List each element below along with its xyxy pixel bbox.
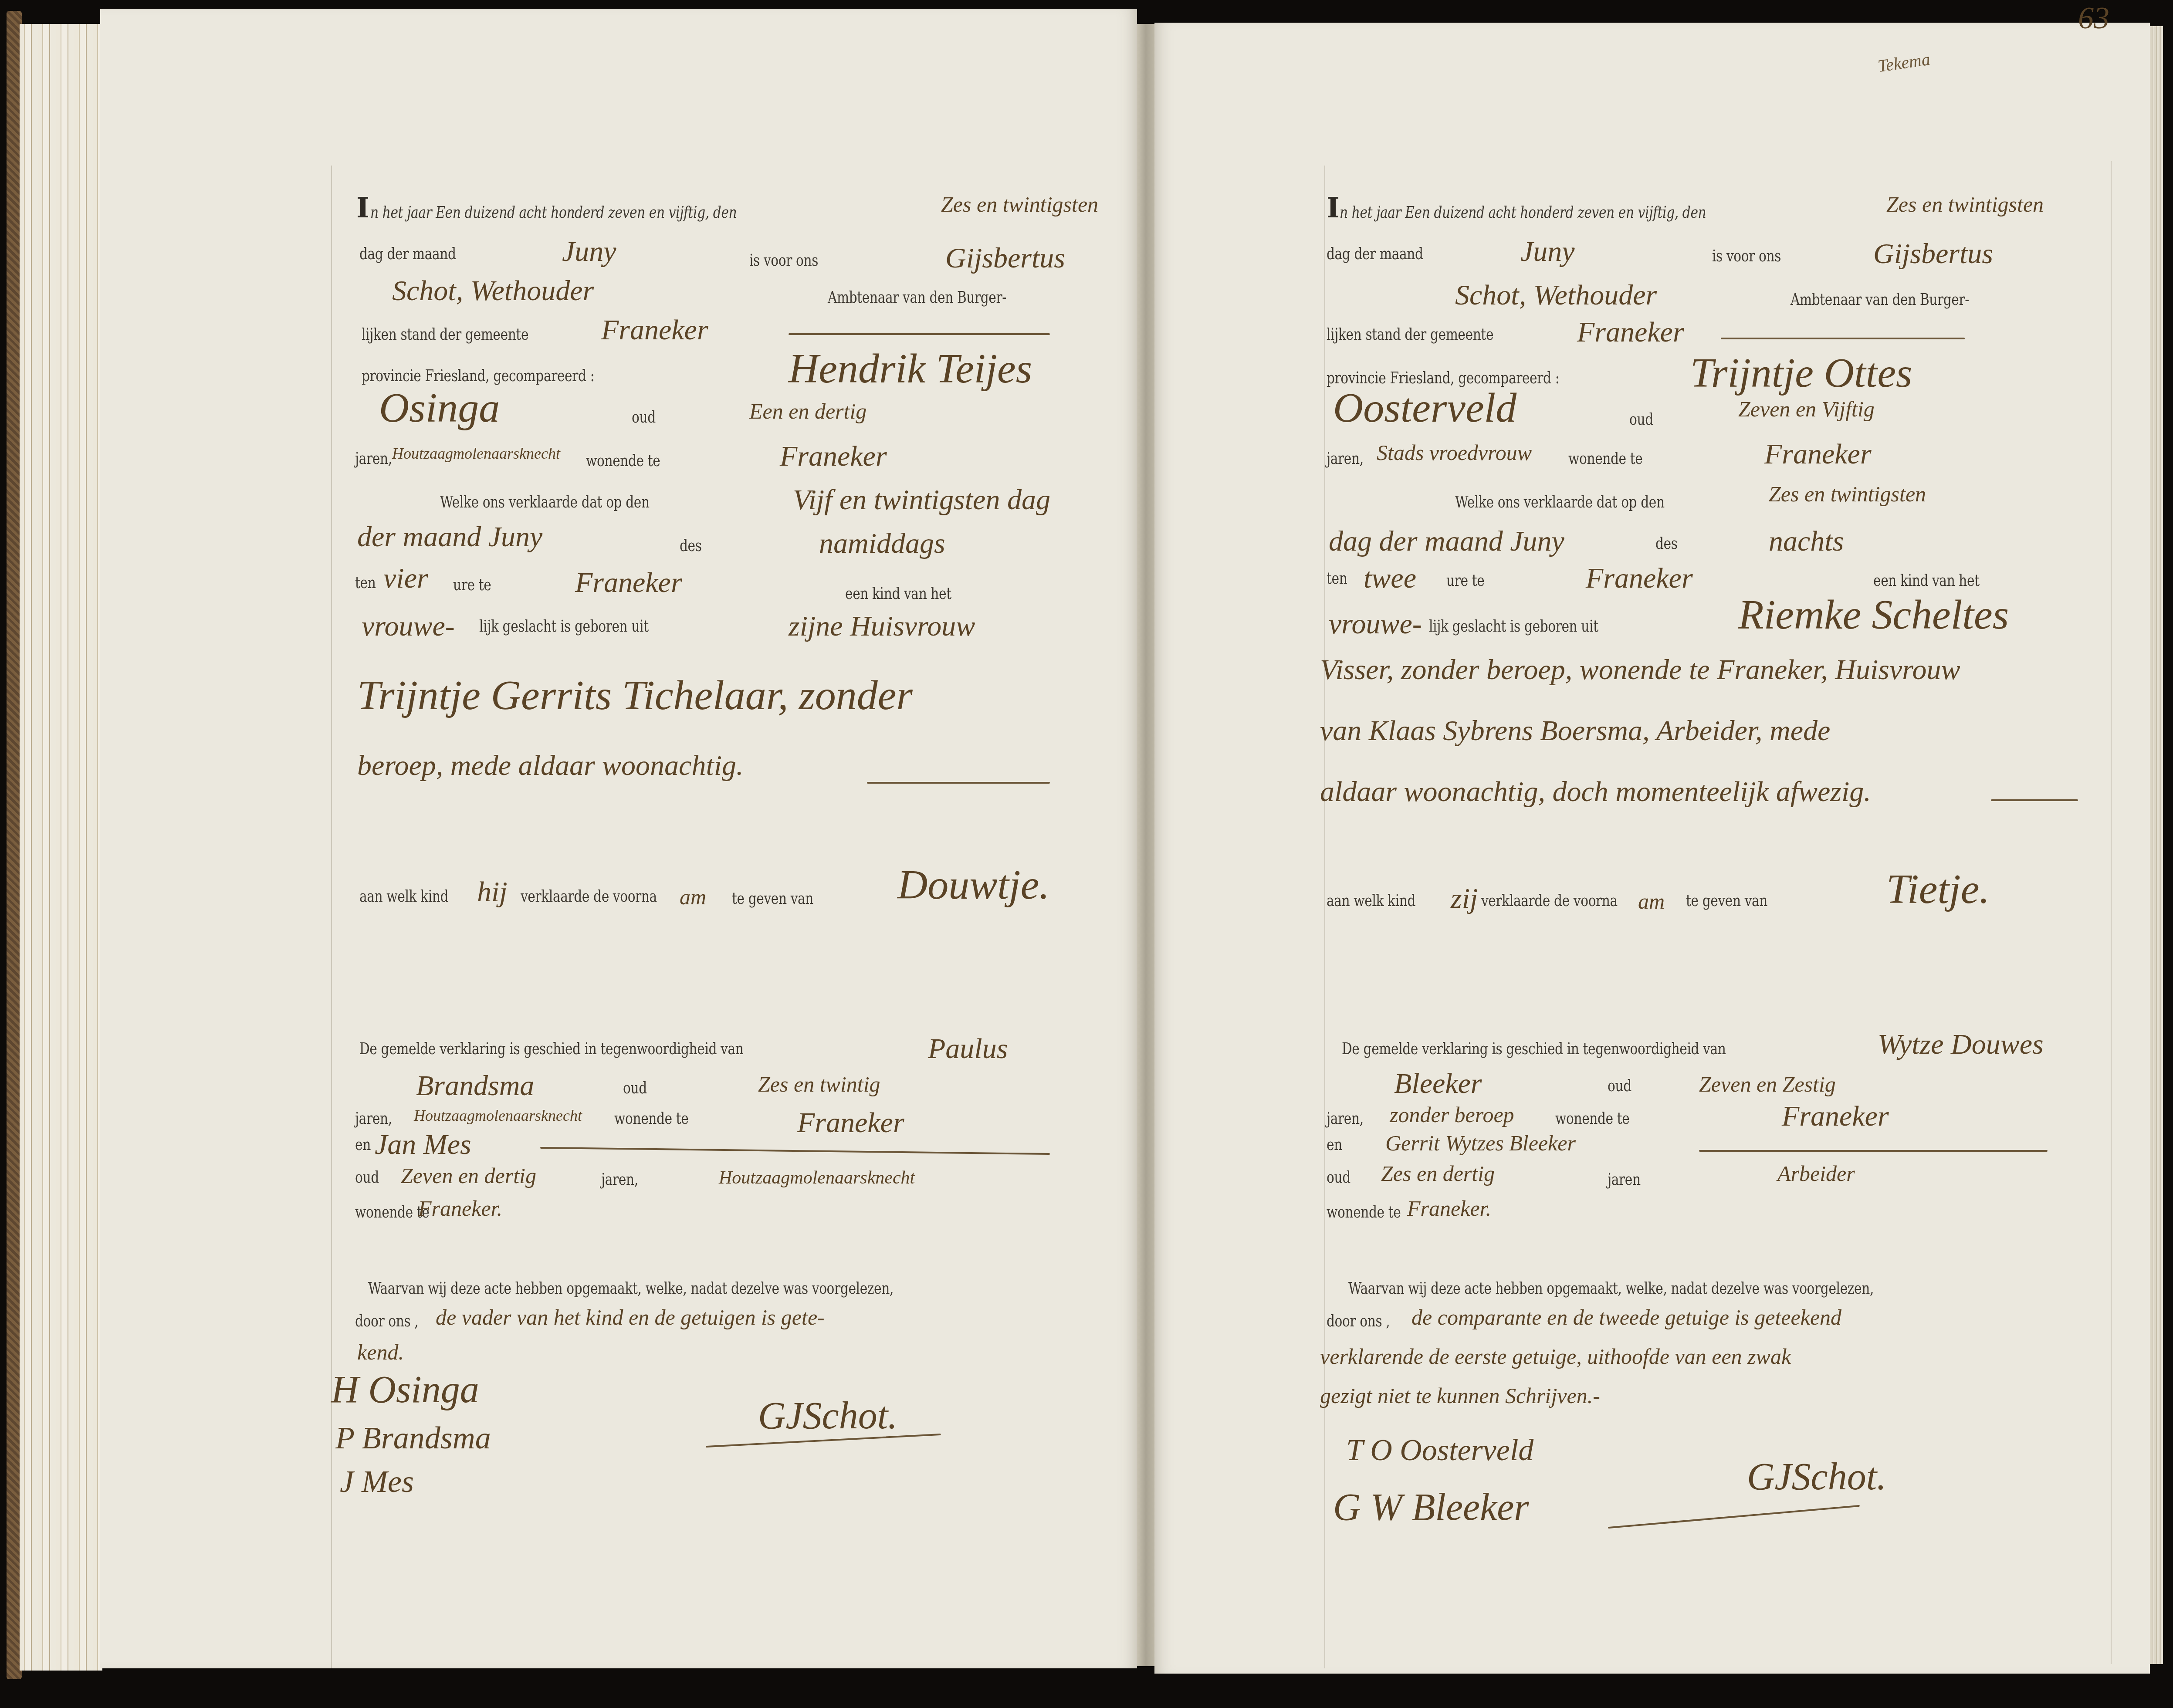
right-margin-rule: [1324, 166, 1325, 1668]
printed-text: te geven van: [732, 889, 813, 908]
handwritten-occupation: Stads vroedvrouw: [1377, 440, 1532, 465]
printed-text: door ons ,: [355, 1311, 418, 1330]
handwritten-occupation: zonder beroep: [1390, 1102, 1514, 1127]
handwritten-age: Zes en dertig: [1381, 1161, 1495, 1186]
printed-text: Waarvan wij deze acte hebben opgemaakt, …: [1348, 1278, 1874, 1298]
handwritten-gender: vrouwe-: [362, 610, 455, 643]
printed-text: verklaarde de voorna: [1481, 891, 1618, 910]
signature-witness-1: P Brandsma: [335, 1420, 491, 1456]
printed-text: een kind van het: [1873, 571, 1980, 590]
handwritten-closing: kend.: [357, 1339, 404, 1365]
printed-text: n het jaar Een duizend acht honderd zeve…: [1340, 203, 1706, 222]
handwritten-suffix: am: [1638, 889, 1665, 914]
handwritten-child-name: Douwtje.: [897, 860, 1049, 909]
handwritten-witness: Jan Mes: [375, 1128, 471, 1161]
handwritten-closing: de vader van het kind en de getuigen is …: [436, 1305, 825, 1330]
handwritten-husband: van Klaas Sybrens Boersma, Arbeider, med…: [1320, 714, 1830, 747]
book-gutter: [1137, 24, 1154, 1666]
handwritten-age: Zeven en Vijftig: [1738, 396, 1875, 422]
handwritten-age: Een en dertig: [749, 399, 866, 424]
printed-text: oud: [1327, 1167, 1351, 1187]
handwritten-place: Franeker.: [418, 1196, 502, 1221]
printed-text: wonende te: [1555, 1109, 1629, 1128]
ink-filler-line: [1699, 1150, 2048, 1152]
printed-text: een kind van het: [845, 584, 951, 603]
printed-text: jaren,: [355, 1109, 392, 1128]
handwritten-name: Schot, Wethouder: [1455, 279, 1657, 312]
handwritten-mother-details: Visser, zonder beroep, wonende te Franek…: [1320, 653, 1960, 687]
printed-text: oud: [623, 1078, 647, 1097]
handwritten-date: Zes en twintigsten: [1886, 192, 2044, 217]
handwritten-name: Gijsbertus: [945, 242, 1065, 275]
handwritten-witness: Gerrit Wytzes Bleeker: [1385, 1130, 1576, 1156]
signature-official: GJSchot.: [1747, 1455, 1886, 1499]
handwritten-occupation: Houtzaagmolenaarsknecht: [392, 444, 560, 463]
handwritten-month: Juny: [1520, 235, 1575, 268]
handwritten-witness: Bleeker: [1394, 1067, 1482, 1100]
handwritten-residence: aldaar woonachtig, doch momenteelijk afw…: [1320, 775, 1871, 808]
printed-text: jaren: [1608, 1170, 1641, 1189]
handwritten-place: Franeker: [575, 566, 682, 599]
handwritten-pronoun: hij: [477, 876, 508, 909]
handwritten-witness: Brandsma: [416, 1069, 534, 1103]
printed-text: ten: [355, 573, 376, 592]
handwritten-age: Zeven en dertig: [401, 1163, 536, 1188]
signature-witness-2: G W Bleeker: [1333, 1485, 1529, 1529]
handwritten-gender: vrouwe-: [1329, 608, 1422, 641]
printed-text: aan welk kind: [1327, 891, 1415, 910]
printed-text: Ambtenaar van den Burger-: [828, 287, 1006, 307]
printed-text: is voor ons: [749, 250, 818, 270]
handwritten-mother-name: Riemke Scheltes: [1738, 590, 2009, 639]
printed-text: oud: [1608, 1076, 1631, 1095]
printed-text: jaren,: [355, 449, 392, 468]
printed-text: wonende te: [614, 1109, 688, 1128]
handwritten-surname: Osinga: [379, 383, 500, 432]
handwritten-occupation: Houtzaagmolenaarsknecht: [414, 1106, 582, 1125]
handwritten-child-name: Tietje.: [1886, 865, 1990, 913]
printed-text: dag der maand: [1327, 244, 1423, 263]
handwritten-closing: gezigt niet te kunnen Schrijven.-: [1320, 1383, 1600, 1408]
printed-text: dag der maand: [359, 244, 456, 263]
printed-text: lijken stand der gemeente: [1327, 325, 1493, 344]
handwritten-place: Franeker: [797, 1106, 904, 1140]
printed-text: is voor ons: [1712, 246, 1781, 265]
printed-text: jaren,: [601, 1170, 638, 1189]
handwritten-date: Vijf en twintigsten dag: [793, 484, 1050, 517]
handwritten-date: Zes en twintigsten: [941, 192, 1098, 217]
printed-text: oud: [632, 407, 656, 426]
handwritten-closing: verklarende de eerste getuige, uithoofde…: [1320, 1344, 1791, 1369]
printed-text: te geven van: [1686, 891, 1767, 910]
signature-declarant: T O Oosterveld: [1346, 1433, 1533, 1468]
handwritten-pronoun: zij: [1451, 882, 1478, 915]
handwritten-age: Zeven en Zestig: [1699, 1072, 1836, 1097]
handwritten-place: Franeker: [1782, 1100, 1889, 1133]
handwritten-month: der maand Juny: [357, 521, 542, 554]
right-page: [1154, 23, 2150, 1674]
handwritten-name: Hendrik Teijes: [789, 344, 1032, 392]
printed-text: des: [1655, 534, 1678, 553]
printed-text: verklaarde de voorna: [521, 886, 657, 906]
handwritten-name: Gijsbertus: [1873, 237, 1993, 271]
signature-father: H Osinga: [331, 1368, 479, 1412]
printed-text: des: [680, 536, 702, 555]
printed-text: door ons ,: [1327, 1311, 1390, 1330]
ink-filler-line: [1721, 338, 1965, 339]
handwritten-name: Schot, Wethouder: [392, 274, 594, 308]
signature-witness-2: J Mes: [340, 1464, 414, 1500]
handwritten-place: Franeker.: [1407, 1196, 1491, 1221]
handwritten-witness: Wytze Douwes: [1878, 1028, 2044, 1061]
printed-text: wonende te: [1568, 449, 1642, 468]
printed-text: jaren,: [1327, 1109, 1364, 1128]
handwritten-occupation: Houtzaagmolenaarsknecht: [719, 1167, 915, 1188]
handwritten-age: Zes en twintig: [758, 1072, 880, 1097]
ink-filler-line: [789, 333, 1050, 335]
ink-filler-line: [867, 782, 1050, 784]
handwritten-suffix: am: [680, 884, 706, 910]
handwritten-witness: Paulus: [928, 1032, 1008, 1065]
printed-text: jaren,: [1327, 449, 1364, 468]
handwritten-month: Juny: [562, 235, 616, 268]
left-margin-rule: [331, 166, 332, 1668]
drop-initial: I: [1327, 192, 1340, 224]
handwritten-time-of-day: namiddags: [819, 527, 945, 560]
printed-text: oud: [1629, 409, 1653, 429]
handwritten-relation: zijne Huisvrouw: [789, 610, 975, 643]
handwritten-month: dag der maand Juny: [1329, 525, 1564, 558]
handwritten-surname: Oosterveld: [1333, 383, 1516, 432]
handwritten-date: Zes en twintigsten: [1769, 481, 1926, 507]
handwritten-occupation: Arbeider: [1777, 1161, 1855, 1186]
printed-text: Waarvan wij deze acte hebben opgemaakt, …: [368, 1278, 894, 1298]
right-outer-rule: [2111, 161, 2112, 1664]
printed-text: ure te: [1446, 571, 1484, 590]
handwritten-place: Franeker: [1764, 438, 1872, 471]
handwritten-time-of-day: nachts: [1769, 525, 1844, 558]
printed-text: De gemelde verklaring is geschied in teg…: [359, 1039, 743, 1058]
handwritten-place: Franeker: [780, 440, 887, 473]
printed-text: Welke ons verklaarde dat op den: [440, 492, 650, 511]
printed-text: n het jaar Een duizend acht honderd zeve…: [370, 203, 737, 222]
handwritten-name: Trijntje Ottes: [1690, 348, 1912, 397]
printed-text: lijken stand der gemeente: [362, 325, 528, 344]
printed-text: en: [1327, 1135, 1342, 1154]
right-page-stack-edge: [2150, 26, 2163, 1664]
printed-text: De gemelde verklaring is geschied in teg…: [1342, 1039, 1726, 1058]
printed-text: lijk geslacht is geboren uit: [1429, 616, 1598, 636]
handwritten-place: Franeker: [1577, 316, 1684, 349]
page-number: 63: [2078, 0, 2109, 36]
printed-text: aan welk kind: [359, 886, 448, 906]
handwritten-hour: twee: [1364, 562, 1416, 595]
handwritten-place: Franeker: [601, 314, 708, 347]
printed-text: wonende te: [586, 451, 660, 470]
printed-text: Ambtenaar van den Burger-: [1791, 290, 1969, 309]
handwritten-mother-details: beroep, mede aldaar woonachtig.: [357, 749, 744, 782]
printed-text: en: [355, 1135, 371, 1154]
ink-filler-line: [1991, 799, 2078, 801]
printed-text: oud: [355, 1167, 379, 1187]
printed-text: wonende te: [1327, 1202, 1401, 1221]
printed-text: provincie Friesland, gecompareerd :: [362, 366, 594, 385]
signature-official: GJSchot.: [758, 1394, 897, 1438]
handwritten-place: Franeker: [1586, 562, 1693, 595]
handwritten-hour: vier: [383, 562, 428, 595]
printed-text: Welke ons verklaarde dat op den: [1455, 492, 1665, 511]
page-stack-edge: [20, 24, 102, 1671]
handwritten-closing: de comparante en de tweede getuige is ge…: [1411, 1305, 1841, 1330]
printed-text: ten: [1327, 568, 1347, 588]
handwritten-mother-name: Trijntje Gerrits Tichelaar, zonder: [357, 671, 913, 719]
printed-text: lijk geslacht is geboren uit: [479, 616, 649, 636]
drop-initial: I: [356, 192, 369, 224]
printed-text: ure te: [453, 575, 491, 594]
